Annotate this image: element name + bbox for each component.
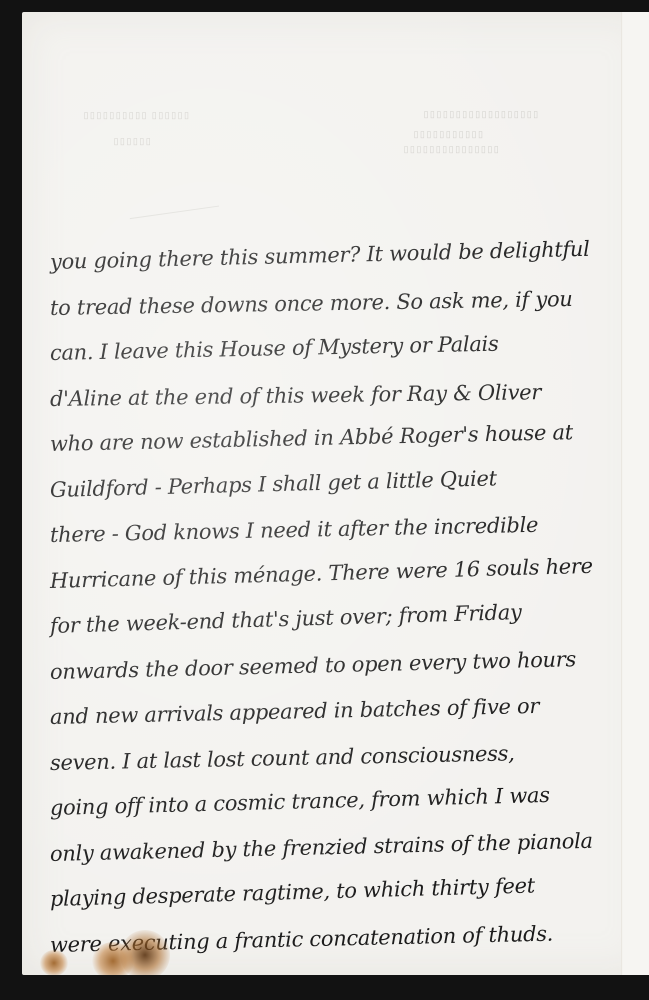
foxing-stain [40,950,68,975]
signature-show-through [125,171,219,219]
letterhead-show-through: ▯▯▯▯▯▯▯▯▯▯▯▯▯▯▯▯▯▯ [422,109,538,120]
paper-sheet: ▯▯▯▯▯▯ ▯▯▯▯▯▯▯▯▯▯ ▯▯▯▯▯▯ ▯▯▯▯▯▯▯▯▯▯▯▯▯▯▯… [22,12,649,975]
foxing-stain [120,930,170,975]
scanned-letter: ▯▯▯▯▯▯ ▯▯▯▯▯▯▯▯▯▯ ▯▯▯▯▯▯ ▯▯▯▯▯▯▯▯▯▯▯▯▯▯▯… [0,0,649,1000]
letterhead-show-through: ▯▯▯▯▯▯▯▯▯▯▯ [412,129,483,140]
letterhead-show-through: ▯▯▯▯▯▯▯▯▯▯▯▯▯▯▯ [402,144,499,155]
letterhead-show-through: ▯▯▯▯▯▯ ▯▯▯▯▯▯▯▯▯▯ [82,110,189,121]
letterhead-show-through: ▯▯▯▯▯▯ [112,136,151,147]
letter-body: you going there this summer? It would be… [50,240,630,968]
